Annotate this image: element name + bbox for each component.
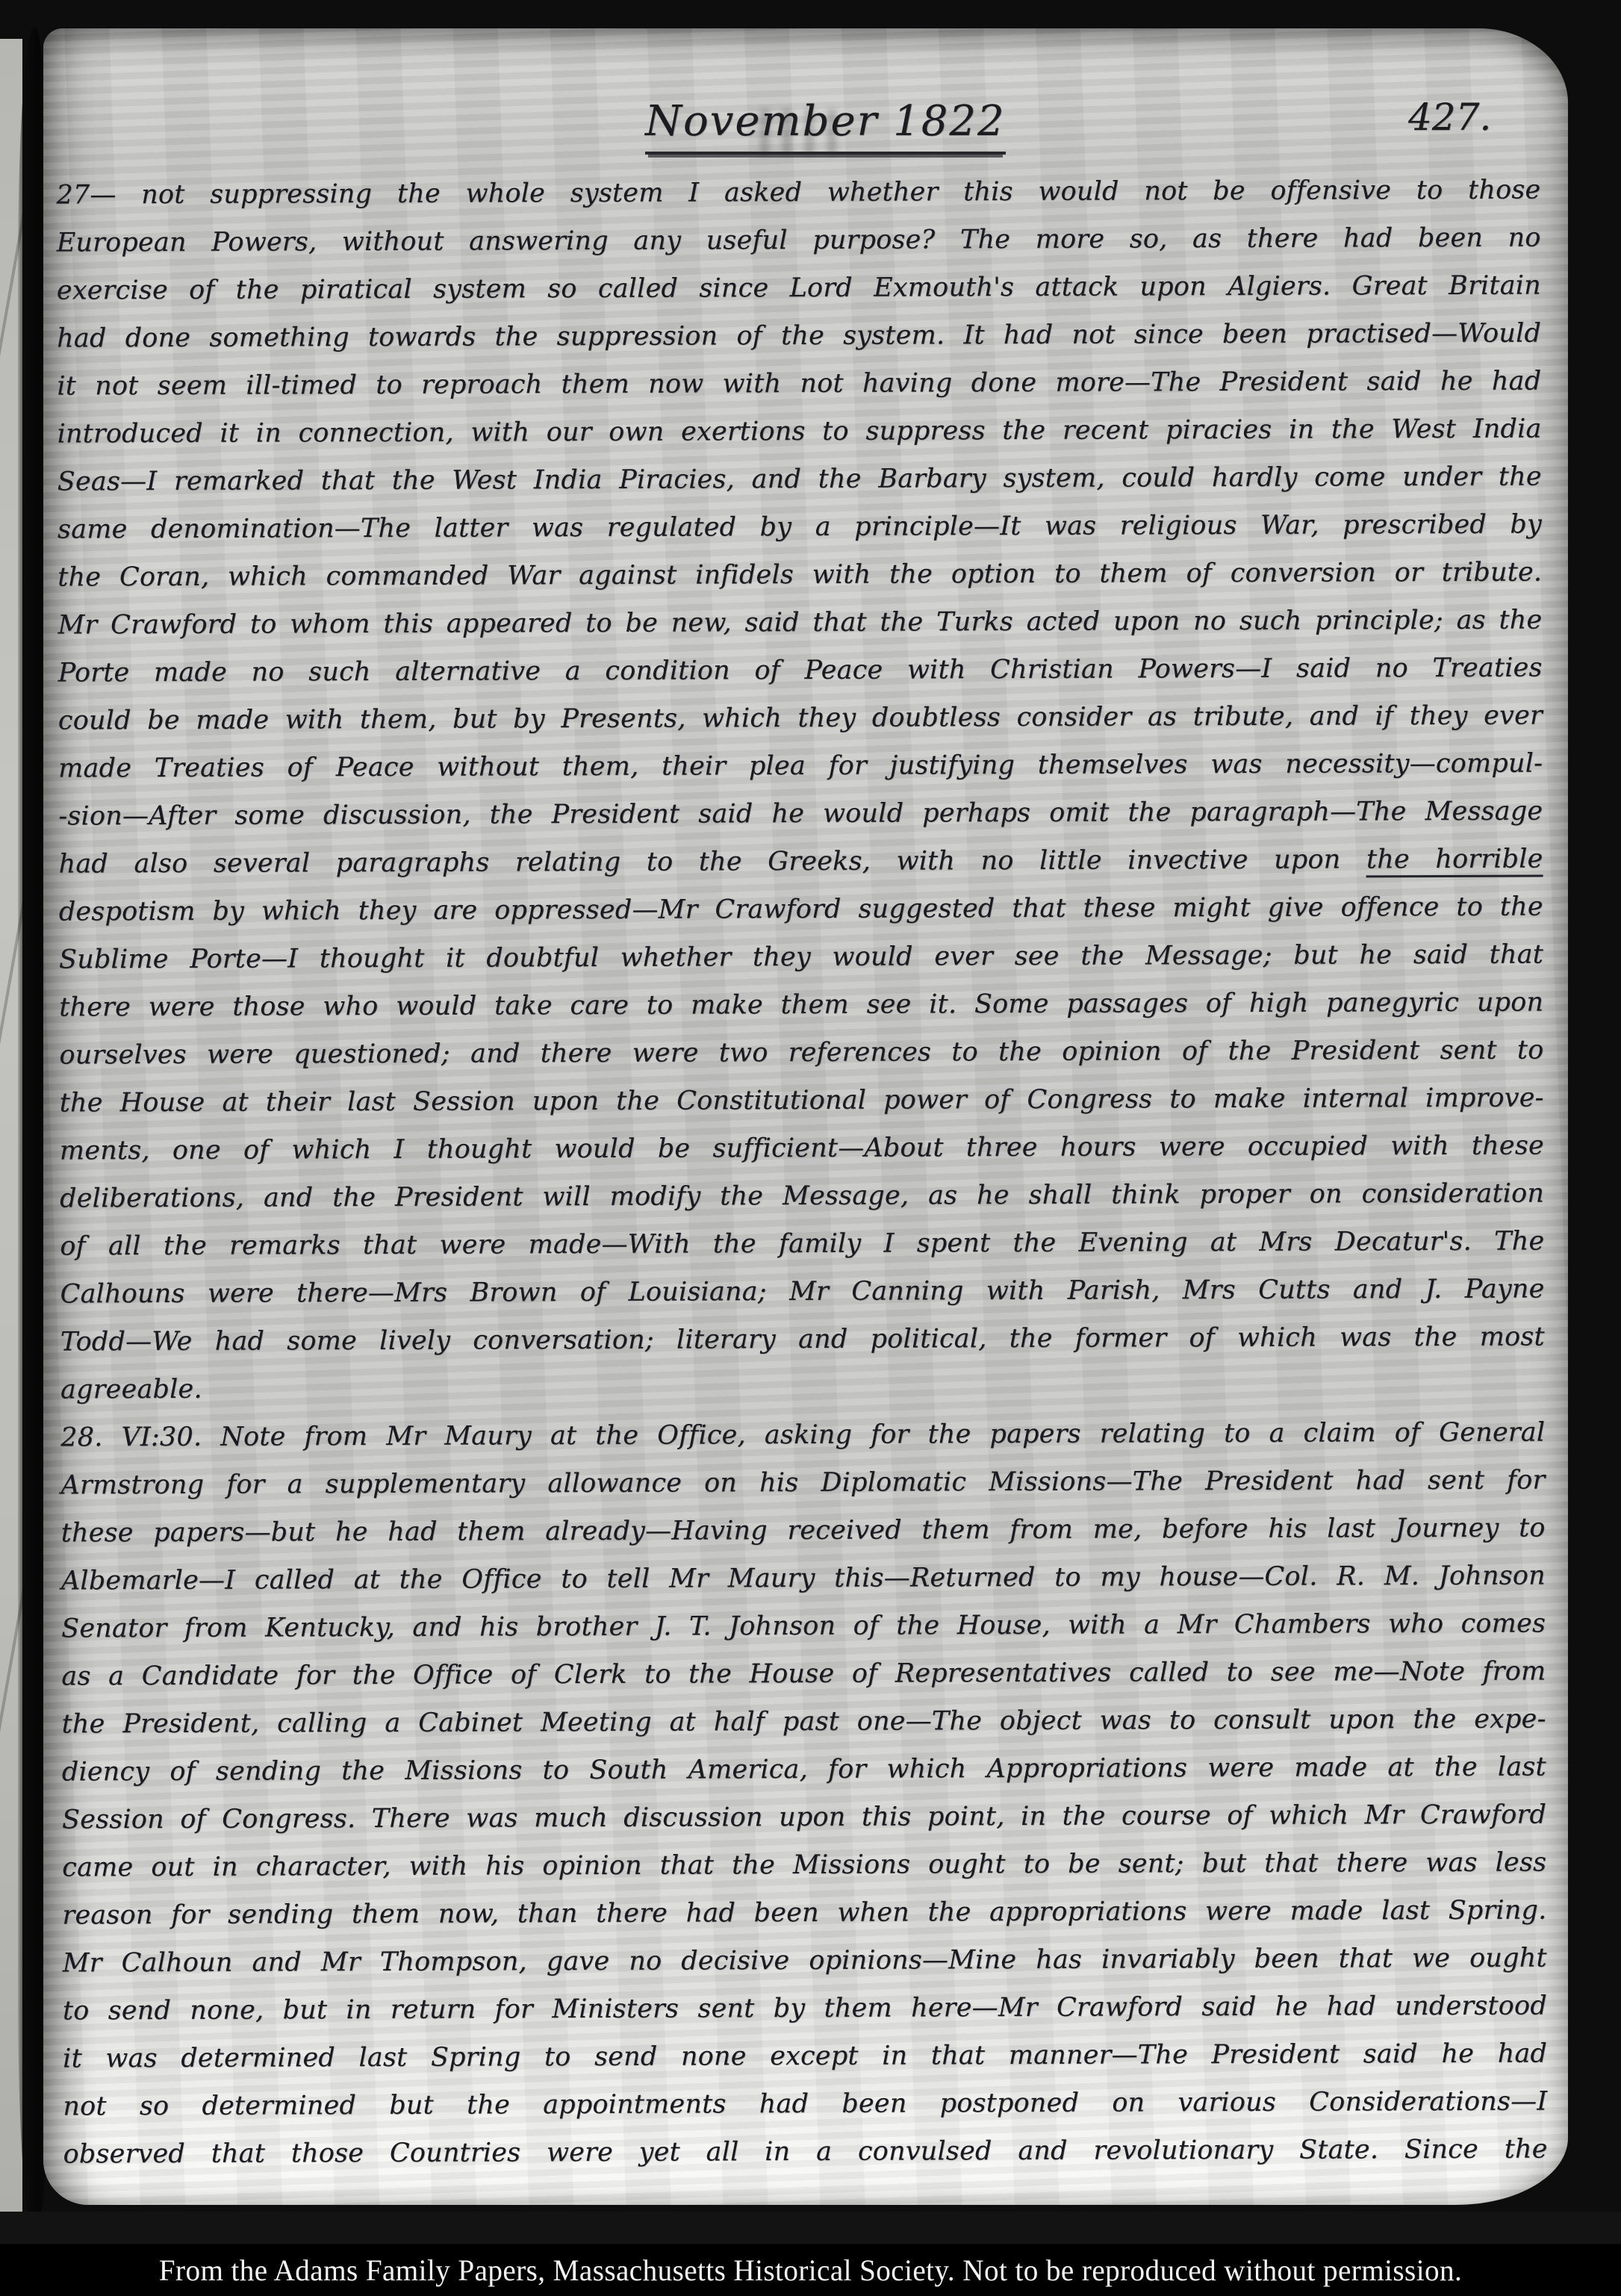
manuscript-line: same denomination—The latter was regulat… <box>57 501 1542 554</box>
film-edge-strip <box>0 2212 1621 2244</box>
manuscript-line: it not seem ill-timed to reproach them n… <box>57 358 1541 411</box>
manuscript-line: Mr Crawford to whom this appeared to be … <box>57 597 1542 650</box>
manuscript-line: 28. VI:30. Note from Mr Maury at the Off… <box>60 1409 1545 1462</box>
manuscript-line: agreeable. <box>60 1361 1545 1414</box>
manuscript-line: Porte made no such alternative a conditi… <box>58 644 1543 697</box>
manuscript-line: it was determined last Spring to send no… <box>63 2030 1547 2083</box>
manuscript-line: to send none, but in return for Minister… <box>63 1982 1547 2035</box>
manuscript-line: the House at their last Session upon the… <box>60 1074 1544 1127</box>
manuscript-line: ourselves were questioned; and there wer… <box>59 1027 1543 1080</box>
manuscript-line: European Powers, without answering any u… <box>57 214 1541 267</box>
manuscript-line: could be made with them, but by Presents… <box>58 692 1543 745</box>
manuscript-line: introduced it in connection, with our ow… <box>57 405 1541 458</box>
manuscript-line: Mr Calhoun and Mr Thompson, gave no deci… <box>63 1935 1547 1988</box>
manuscript-line: diency of sending the Missions to South … <box>62 1743 1546 1796</box>
manuscript-line: Session of Congress. There was much disc… <box>62 1791 1546 1844</box>
manuscript-line: as a Candidate for the Office of Clerk t… <box>61 1648 1546 1701</box>
manuscript-line: came out in character, with his opinion … <box>62 1839 1546 1892</box>
microfilm-frame: November 1822 427. 27— not suppressing t… <box>0 0 1621 2296</box>
manuscript-line: not so determined but the appointments h… <box>63 2078 1547 2131</box>
credit-bar: From the Adams Family Papers, Massachuse… <box>0 2244 1621 2296</box>
manuscript-line: 27— not suppressing the whole system I a… <box>56 167 1540 220</box>
page-number: 427. <box>1408 96 1491 139</box>
manuscript-line: had done something towards the suppressi… <box>57 310 1541 363</box>
manuscript-line: reason for sending them now, than there … <box>62 1887 1546 1940</box>
manuscript-line: Albemarle—I called at the Office to tell… <box>61 1552 1546 1605</box>
manuscript-line: of all the remarks that were made—With t… <box>60 1218 1544 1271</box>
manuscript-line: Todd—We had some lively conversation; li… <box>60 1313 1545 1366</box>
manuscript-line: Sublime Porte—I thought it doubtful whet… <box>59 931 1543 984</box>
manuscript-line: deliberations, and the President will mo… <box>60 1170 1544 1223</box>
manuscript-line: had also several paragraphs relating to … <box>58 836 1543 889</box>
manuscript-line: there were those who would take care to … <box>59 979 1543 1032</box>
manuscript-line: made Treaties of Peace without them, the… <box>58 740 1543 793</box>
date-heading: November 1822 <box>645 97 1006 155</box>
manuscript-line: exercise of the piratical system so call… <box>57 262 1541 315</box>
manuscript-line: -sion—After some discussion, the Preside… <box>58 788 1543 841</box>
manuscript-line: the President, calling a Cabinet Meeting… <box>61 1696 1546 1749</box>
manuscript-line: Senator from Kentucky, and his brother J… <box>61 1600 1546 1653</box>
manuscript-line: these papers—but he had them already—Hav… <box>61 1505 1546 1558</box>
manuscript-line: Armstrong for a supplementary allowance … <box>60 1457 1545 1510</box>
manuscript-line: the Coran, which commanded War against i… <box>57 549 1542 602</box>
manuscript-line: ments, one of which I thought would be s… <box>60 1122 1544 1175</box>
manuscript-text: 27— not suppressing the whole system I a… <box>56 167 1547 2179</box>
manuscript-line: despotism by which they are oppressed—Mr… <box>59 883 1543 936</box>
manuscript-line: Seas—I remarked that the West India Pira… <box>57 453 1542 506</box>
manuscript-line: Calhouns were there—Mrs Brown of Louisia… <box>60 1266 1544 1319</box>
manuscript-page: November 1822 427. 27— not suppressing t… <box>43 28 1568 2205</box>
manuscript-line: observed that those Countries were yet a… <box>63 2126 1547 2179</box>
credit-text: From the Adams Family Papers, Massachuse… <box>159 2253 1462 2288</box>
